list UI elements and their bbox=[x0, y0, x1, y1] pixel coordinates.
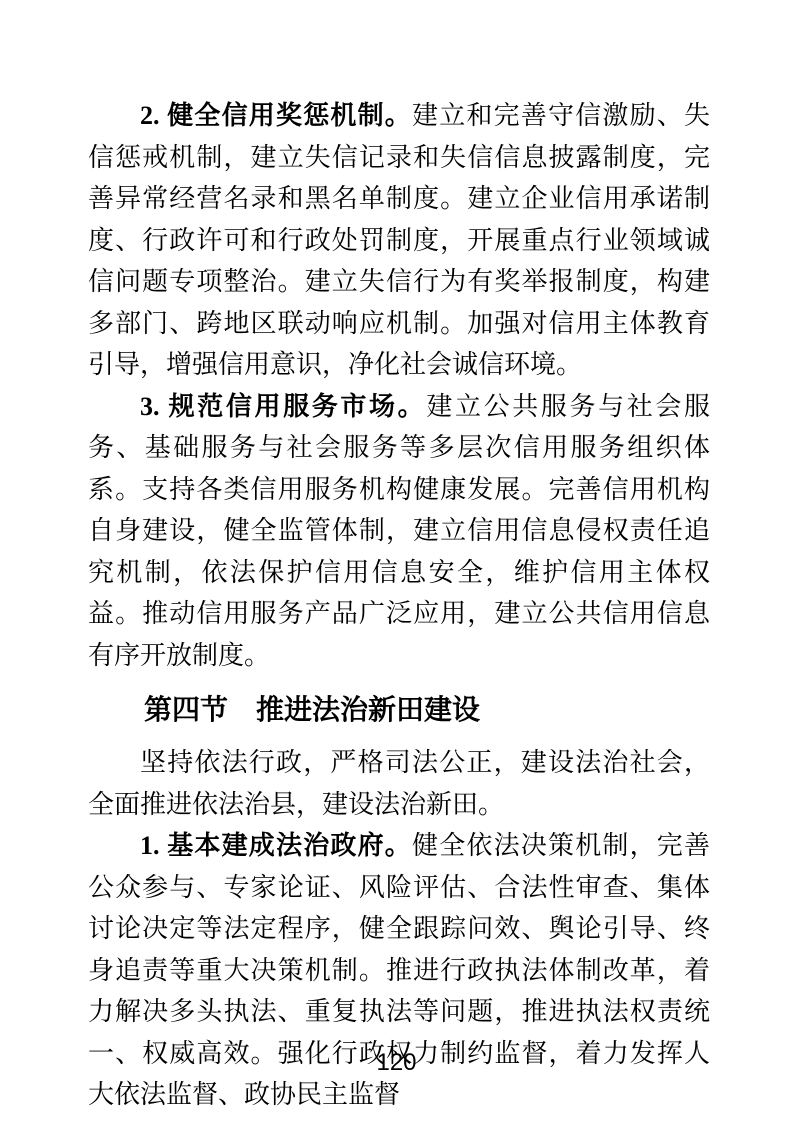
paragraph-body-text: 建立和完善守信激励、失信惩戒机制，建立失信记录和失信信息披露制度，完善异常经营名… bbox=[88, 101, 710, 379]
paragraph-credit-service-market: 3. 规范信用服务市场。建立公共服务与社会服务、基础服务与社会服务等多层次信用服… bbox=[88, 386, 710, 677]
section-heading: 第四节 推进法治新田建设 bbox=[88, 694, 710, 728]
document-page: 2. 健全信用奖惩机制。建立和完善守信激励、失信惩戒机制，建立失信记录和失信信息… bbox=[0, 0, 793, 1122]
paragraph-lead-bold: 2. 健全信用奖惩机制。 bbox=[140, 101, 412, 130]
paragraph-lead-bold: 1. 基本建成法治政府。 bbox=[140, 831, 412, 860]
paragraph-body-text: 坚持依法行政，严格司法公正，建设法治社会，全面推进依法治县，建设法治新田。 bbox=[88, 748, 710, 819]
paragraph-rule-of-law-intro: 坚持依法行政，严格司法公正，建设法治社会，全面推进依法治县，建设法治新田。 bbox=[88, 742, 710, 825]
document-text-block: 2. 健全信用奖惩机制。建立和完善守信激励、失信惩戒机制，建立失信记录和失信信息… bbox=[88, 95, 710, 1116]
page-number: 120 bbox=[0, 1048, 793, 1078]
paragraph-credit-reward-mechanism: 2. 健全信用奖惩机制。建立和完善守信激励、失信惩戒机制，建立失信记录和失信信息… bbox=[88, 95, 710, 386]
paragraph-body-text: 建立公共服务与社会服务、基础服务与社会服务等多层次信用服务组织体系。支持各类信用… bbox=[88, 392, 710, 670]
paragraph-lead-bold: 3. 规范信用服务市场。 bbox=[140, 392, 426, 421]
